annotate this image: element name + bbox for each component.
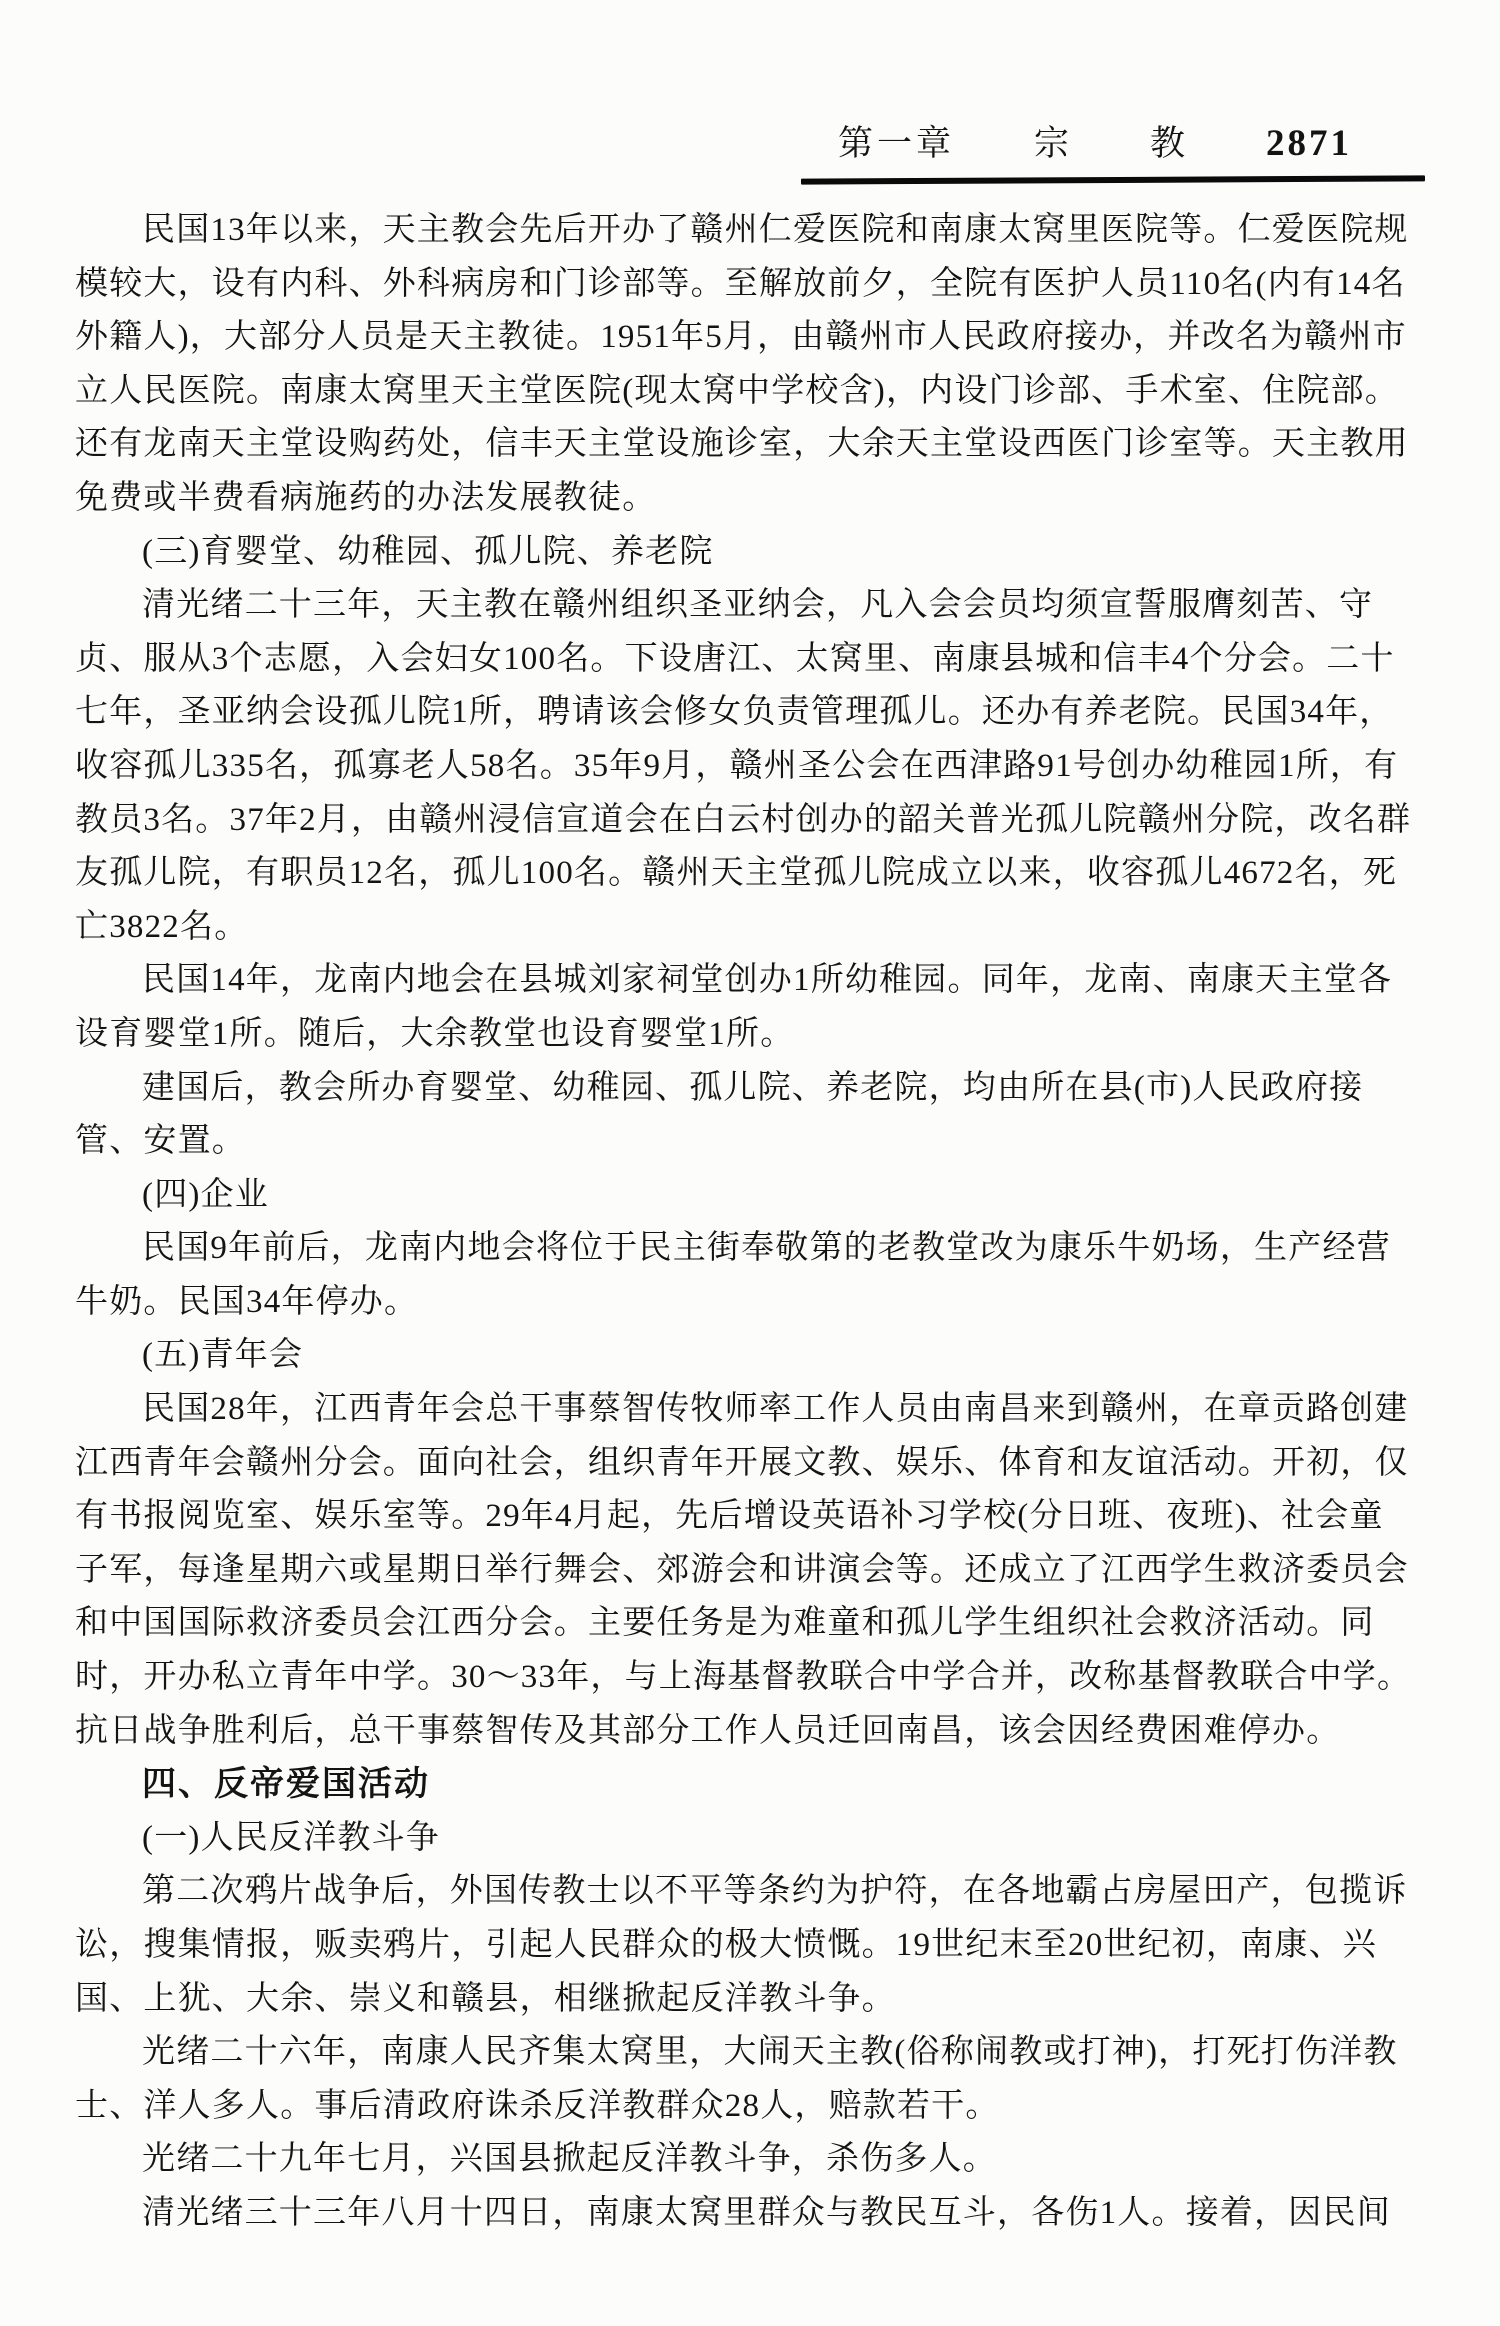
header-rule [801, 175, 1425, 184]
text-line: 建国后，教会所办育婴堂、幼稚园、孤儿院、养老院，均由所在县(市)人民政府接 [75, 1062, 1439, 1116]
text-line: 贞、服从3个志愿，入会妇女100名。下设唐江、太窝里、南康县城和信丰4个分会。二… [75, 633, 1439, 687]
text-line: 国、上犹、大余、崇义和赣县，相继掀起反洋教斗争。 [75, 1973, 1439, 2027]
text-line: 收容孤儿335名，孤寡老人58名。35年9月，赣州圣公会在西津路91号创办幼稚园… [75, 740, 1439, 794]
chapter-label: 第一章 [838, 116, 955, 166]
text-line: 管、安置。 [75, 1115, 1439, 1169]
text-line: 还有龙南天主堂设购药处，信丰天主堂设施诊室，大余天主堂设西医门诊室等。天主教用 [75, 418, 1439, 472]
text-line: 七年，圣亚纳会设孤儿院1所，聘请该会修女负责管理孤儿。还办有养老院。民国34年， [75, 686, 1439, 740]
text-line: 时，开办私立青年中学。30～33年，与上海基督教联合中学合并，改称基督教联合中学… [75, 1651, 1439, 1705]
text-line: (三)育婴堂、幼稚园、孤儿院、养老院 [75, 526, 1439, 580]
text-line: 江西青年会赣州分会。面向社会，组织青年开展文教、娱乐、体育和友谊活动。开初，仅 [75, 1437, 1439, 1491]
text-line: 子军，每逢星期六或星期日举行舞会、郊游会和讲演会等。还成立了江西学生救济委员会 [75, 1544, 1439, 1598]
text-line: 牛奶。民国34年停办。 [75, 1276, 1439, 1330]
text-line: 讼，搜集情报，贩卖鸦片，引起人民群众的极大愤慨。19世纪末至20世纪初，南康、兴 [75, 1919, 1439, 1973]
text-line: 和中国国际救济委员会江西分会。主要任务是为难童和孤儿学生组织社会救济活动。同 [75, 1597, 1439, 1651]
text-line: 有书报阅览室、娱乐室等。29年4月起，先后增设英语补习学校(分日班、夜班)、社会… [75, 1490, 1439, 1544]
text-line: 外籍人)，大部分人员是天主教徒。1951年5月，由赣州市人民政府接办，并改名为赣… [75, 311, 1439, 365]
text-line: (一)人民反洋教斗争 [75, 1812, 1439, 1866]
text-line: 士、洋人多人。事后清政府诛杀反洋教群众28人，赔款若干。 [75, 2080, 1439, 2134]
text-line: 光绪二十九年七月，兴国县掀起反洋教斗争，杀伤多人。 [75, 2133, 1439, 2187]
text-line: 光绪二十六年，南康人民齐集太窝里，大闹天主教(俗称闹教或打神)，打死打伤洋教 [75, 2026, 1439, 2080]
section-title-char-1: 宗 [1034, 116, 1071, 166]
text-line: 民国9年前后，龙南内地会将位于民主街奉敬第的老教堂改为康乐牛奶场，生产经营 [75, 1222, 1439, 1276]
text-line: 立人民医院。南康太窝里天主堂医院(现太窝中学校含)，内设门诊部、手术室、住院部。 [75, 365, 1439, 419]
section-title-char-2: 教 [1150, 116, 1187, 166]
text-line: 抗日战争胜利后，总干事蔡智传及其部分工作人员迁回南昌，该会因经费困难停办。 [75, 1705, 1439, 1759]
page-number: 2871 [1266, 122, 1352, 165]
text-line: 民国13年以来，天主教会先后开办了赣州仁爱医院和南康太窝里医院等。仁爱医院规 [75, 204, 1439, 258]
page-header: 第一章 宗 教 2871 [838, 116, 1352, 166]
page-container: 第一章 宗 教 2871 民国13年以来，天主教会先后开办了赣州仁爱医院和南康太… [0, 0, 1500, 2326]
text-line: 教员3名。37年2月，由赣州浸信宣道会在白云村创办的韶关普光孤儿院赣州分院，改名… [75, 794, 1439, 848]
text-line: (五)青年会 [75, 1329, 1439, 1383]
text-line: (四)企业 [75, 1169, 1439, 1223]
text-line: 亡3822名。 [75, 901, 1439, 955]
section-heading-line: 四、反帝爱国活动 [75, 1758, 1439, 1812]
text-line: 第二次鸦片战争后，外国传教士以不平等条约为护符，在各地霸占房屋田产，包揽诉 [75, 1865, 1439, 1919]
text-line: 民国14年，龙南内地会在县城刘家祠堂创办1所幼稚园。同年，龙南、南康天主堂各 [75, 954, 1439, 1008]
page-body: 民国13年以来，天主教会先后开办了赣州仁爱医院和南康太窝里医院等。仁爱医院规模较… [75, 204, 1439, 2241]
text-line: 清光绪二十三年，天主教在赣州组织圣亚纳会，凡入会会员均须宣誓服膺刻苦、守 [75, 579, 1439, 633]
text-line: 清光绪三十三年八月十四日，南康太窝里群众与教民互斗，各伤1人。接着，因民间 [75, 2187, 1439, 2241]
text-line: 民国28年，江西青年会总干事蔡智传牧师率工作人员由南昌来到赣州，在章贡路创建 [75, 1383, 1439, 1437]
text-line: 设育婴堂1所。随后，大余教堂也设育婴堂1所。 [75, 1008, 1439, 1062]
text-line: 免费或半费看病施药的办法发展教徒。 [75, 472, 1439, 526]
text-line: 模较大，设有内科、外科病房和门诊部等。至解放前夕，全院有医护人员110名(内有1… [75, 258, 1439, 312]
text-line: 友孤儿院，有职员12名，孤儿100名。赣州天主堂孤儿院成立以来，收容孤儿4672… [75, 847, 1439, 901]
